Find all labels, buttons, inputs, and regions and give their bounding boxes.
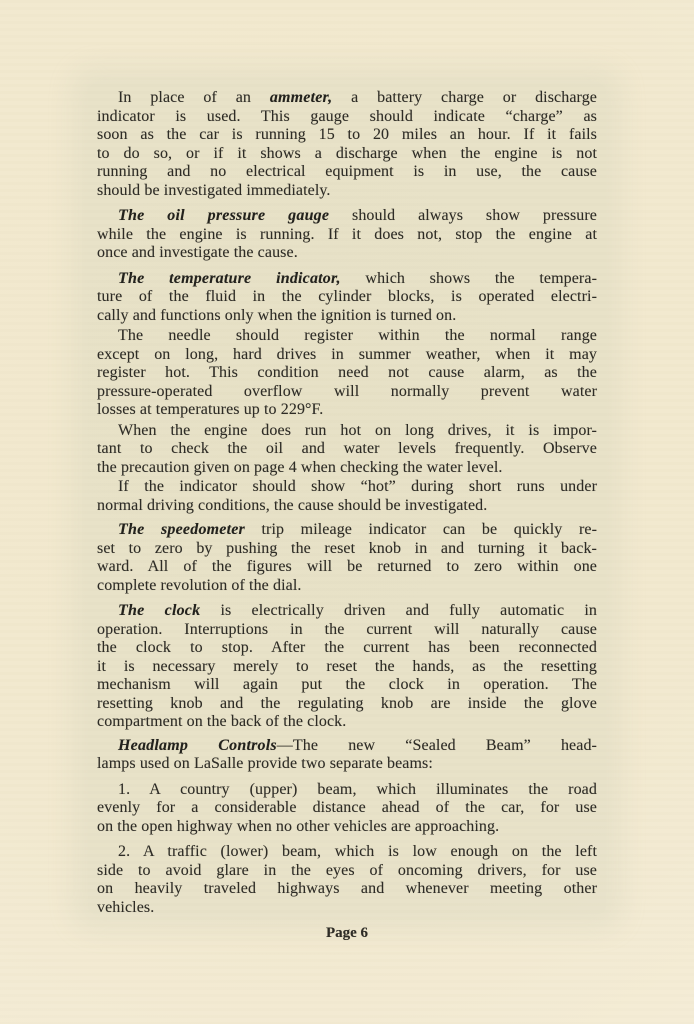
- text-run: operation. Interruptions in the current …: [97, 621, 597, 638]
- paragraph: The temperature indicator, which shows t…: [97, 270, 597, 326]
- text-line: If the indicator should show “hot” durin…: [97, 478, 597, 497]
- text-line: 2. A traffic (lower) beam, which is low …: [97, 843, 597, 862]
- text-line: operation. Interruptions in the current …: [97, 621, 597, 640]
- text-line: except on long, hard drives in summer we…: [97, 346, 597, 365]
- text-run: losses at temperatures up to 229°F.: [97, 401, 323, 418]
- text-run: resetting knob and the regulating knob a…: [97, 695, 597, 712]
- text-line: ward. All of the figures will be returne…: [97, 558, 597, 577]
- text-run: In place of an: [118, 89, 270, 106]
- text-line: normal driving conditions, the cause sho…: [97, 497, 597, 516]
- text-run: should be investigated immediately.: [97, 182, 331, 199]
- text-run: evenly for a considerable distance ahead…: [97, 799, 597, 816]
- text-line: soon as the car is running 15 to 20 mile…: [97, 126, 597, 145]
- text-run: mechanism will again put the clock in op…: [97, 676, 597, 693]
- text-run: When the engine does run hot on long dri…: [118, 422, 597, 439]
- text-line: In place of an ammeter, a battery charge…: [97, 89, 597, 108]
- text-run: which shows the tempera-: [341, 270, 597, 287]
- paragraph: The oil pressure gauge should always sho…: [97, 207, 597, 263]
- text-line: The oil pressure gauge should always sho…: [97, 207, 597, 226]
- text-run: compartment on the back of the clock.: [97, 713, 346, 730]
- paragraph: 2. A traffic (lower) beam, which is low …: [97, 843, 597, 917]
- bold-lead: The temperature indicator,: [118, 270, 341, 287]
- text-run: should always show pressure: [329, 207, 597, 224]
- text-line: resetting knob and the regulating knob a…: [97, 695, 597, 714]
- text-line: losses at temperatures up to 229°F.: [97, 401, 597, 420]
- text-run: on heavily traveled highways and wheneve…: [97, 880, 597, 897]
- text-line: it is necessary merely to reset the hand…: [97, 658, 597, 677]
- text-line: on heavily traveled highways and wheneve…: [97, 880, 597, 899]
- text-run: lamps used on LaSalle provide two separa…: [97, 755, 433, 772]
- text-line: ture of the fluid in the cylinder blocks…: [97, 288, 597, 307]
- paragraph: If the indicator should show “hot” durin…: [97, 478, 597, 515]
- text-line: When the engine does run hot on long dri…: [97, 422, 597, 441]
- text-line: The needle should register within the no…: [97, 327, 597, 346]
- text-line: vehicles.: [97, 899, 597, 918]
- text-run: the clock to stop. After the current has…: [97, 639, 597, 656]
- bold-lead: The oil pressure gauge: [118, 207, 329, 224]
- paragraph: Headlamp Controls—The new “Sealed Beam” …: [97, 737, 597, 774]
- text-run: complete revolution of the dial.: [97, 577, 301, 594]
- bold-lead: The clock: [118, 602, 200, 619]
- text-run: is electrically driven and fully automat…: [200, 602, 597, 619]
- text-run: 1. A country (upper) beam, which illumin…: [118, 781, 597, 798]
- text-column: In place of an ammeter, a battery charge…: [97, 89, 597, 917]
- text-line: the precaution given on page 4 when chec…: [97, 459, 597, 478]
- text-run: 2. A traffic (lower) beam, which is low …: [118, 843, 597, 860]
- text-run: soon as the car is running 15 to 20 mile…: [97, 126, 597, 143]
- paragraph: 1. A country (upper) beam, which illumin…: [97, 781, 597, 837]
- text-run: the precaution given on page 4 when chec…: [97, 459, 503, 476]
- text-line: The clock is electrically driven and ful…: [97, 602, 597, 621]
- book-page: In place of an ammeter, a battery charge…: [0, 0, 694, 1024]
- text-run: cally and functions only when the igniti…: [97, 307, 456, 324]
- page-number: Page 6: [97, 925, 597, 942]
- text-run: while the engine is running. If it does …: [97, 226, 597, 243]
- text-line: indicator is used. This gauge should ind…: [97, 108, 597, 127]
- paragraph: The needle should register within the no…: [97, 327, 597, 420]
- text-run: —The new “Sealed Beam” head-: [277, 737, 597, 754]
- bold-lead: The speedometer: [118, 521, 245, 538]
- bold-lead: Headlamp Controls: [118, 737, 277, 754]
- text-line: register hot. This condition need not ca…: [97, 364, 597, 383]
- text-line: the clock to stop. After the current has…: [97, 639, 597, 658]
- text-run: except on long, hard drives in summer we…: [97, 346, 597, 363]
- text-line: Headlamp Controls—The new “Sealed Beam” …: [97, 737, 597, 756]
- text-run: The needle should register within the no…: [118, 327, 597, 344]
- text-line: cally and functions only when the igniti…: [97, 307, 597, 326]
- text-run: trip mileage indicator can be quickly re…: [245, 521, 597, 538]
- text-run: indicator is used. This gauge should ind…: [97, 108, 597, 125]
- text-line: pressure-operated overflow will normally…: [97, 383, 597, 402]
- text-line: compartment on the back of the clock.: [97, 713, 597, 732]
- paragraph: When the engine does run hot on long dri…: [97, 422, 597, 478]
- text-line: running and no electrical equipment is i…: [97, 163, 597, 182]
- text-line: mechanism will again put the clock in op…: [97, 676, 597, 695]
- text-line: complete revolution of the dial.: [97, 577, 597, 596]
- text-run: a battery charge or discharge: [332, 89, 597, 106]
- text-line: The temperature indicator, which shows t…: [97, 270, 597, 289]
- text-line: side to avoid glare in the eyes of oncom…: [97, 862, 597, 881]
- text-run: running and no electrical equipment is i…: [97, 163, 597, 180]
- text-run: If the indicator should show “hot” durin…: [118, 478, 597, 495]
- text-run: on the open highway when no other vehicl…: [97, 818, 499, 835]
- text-run: side to avoid glare in the eyes of oncom…: [97, 862, 597, 879]
- text-line: 1. A country (upper) beam, which illumin…: [97, 781, 597, 800]
- paragraph: The speedometer trip mileage indicator c…: [97, 521, 597, 595]
- text-run: to do so, or if it shows a discharge whe…: [97, 145, 597, 162]
- text-line: lamps used on LaSalle provide two separa…: [97, 755, 597, 774]
- text-line: should be investigated immediately.: [97, 182, 597, 201]
- paragraph: In place of an ammeter, a battery charge…: [97, 89, 597, 200]
- text-run: normal driving conditions, the cause sho…: [97, 497, 487, 514]
- text-run: vehicles.: [97, 899, 154, 916]
- text-run: set to zero by pushing the reset knob in…: [97, 540, 597, 557]
- text-line: on the open highway when no other vehicl…: [97, 818, 597, 837]
- text-line: set to zero by pushing the reset knob in…: [97, 540, 597, 559]
- text-run: tant to check the oil and water levels f…: [97, 440, 597, 457]
- text-line: to do so, or if it shows a discharge whe…: [97, 145, 597, 164]
- text-run: ture of the fluid in the cylinder blocks…: [97, 288, 597, 305]
- text-line: while the engine is running. If it does …: [97, 226, 597, 245]
- text-run: register hot. This condition need not ca…: [97, 364, 597, 381]
- text-line: tant to check the oil and water levels f…: [97, 440, 597, 459]
- text-run: ward. All of the figures will be returne…: [97, 558, 597, 575]
- text-run: pressure-operated overflow will normally…: [97, 383, 597, 400]
- text-line: The speedometer trip mileage indicator c…: [97, 521, 597, 540]
- text-line: once and investigate the cause.: [97, 244, 597, 263]
- paragraph: The clock is electrically driven and ful…: [97, 602, 597, 732]
- text-run: it is necessary merely to reset the hand…: [97, 658, 597, 675]
- text-line: evenly for a considerable distance ahead…: [97, 799, 597, 818]
- bold-lead: ammeter,: [270, 89, 332, 106]
- text-run: once and investigate the cause.: [97, 244, 298, 261]
